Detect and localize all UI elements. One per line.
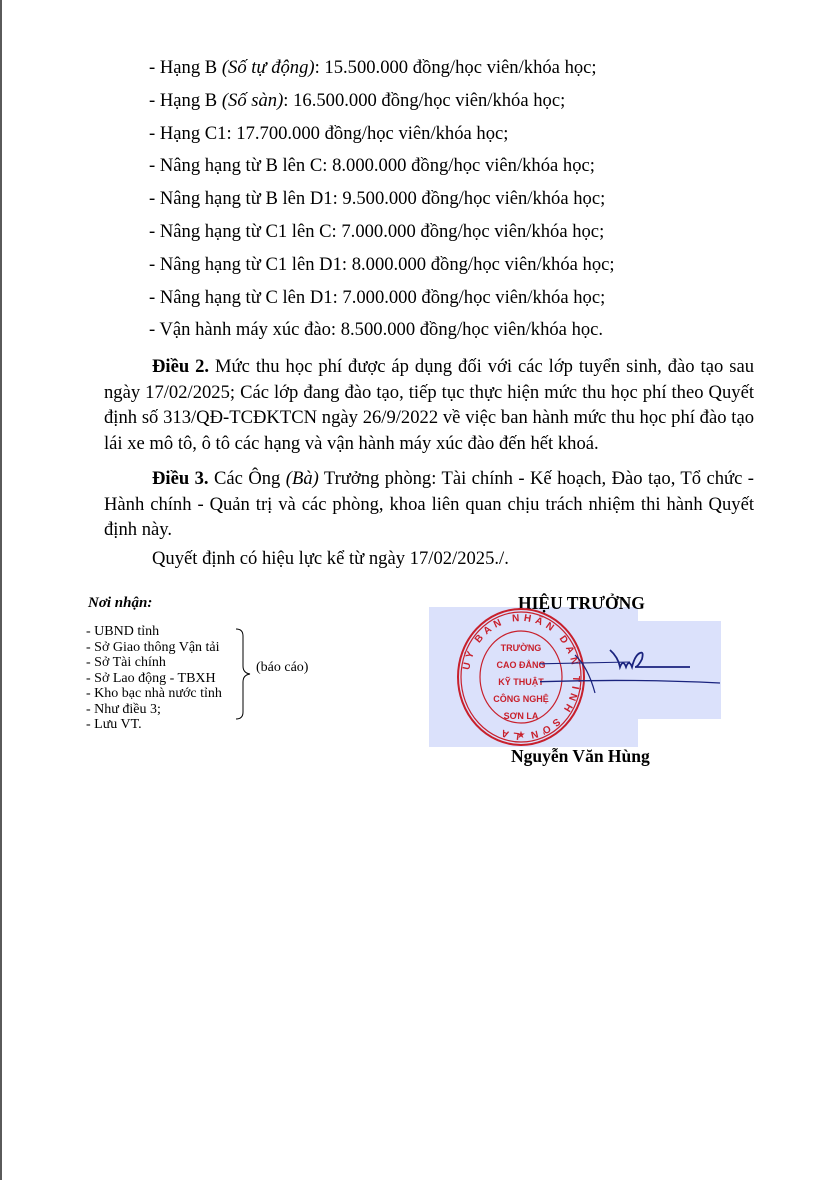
recipients-list: - UBND tỉnh- Sở Giao thông Vận tải- Sở T… [86,624,222,733]
article-3: Điều 3. Các Ông (Bà) Trưởng phòng: Tài c… [104,466,754,543]
fee-item: - Nâng hạng từ C lên D1: 7.000.000 đồng/… [149,287,605,309]
recipients-title: Nơi nhận: [88,595,152,612]
recipient-item: - Lưu VT. [86,717,222,733]
svg-text:★: ★ [517,730,526,741]
article-3-italic: (Bà) [286,468,319,489]
recipient-item: - Kho bạc nhà nước tỉnh [86,686,222,702]
report-note: (báo cáo) [256,660,308,676]
fee-item: - Hạng C1: 17.700.000 đồng/học viên/khóa… [149,123,508,145]
fee-item: - Hạng B (Số sàn): 16.500.000 đồng/học v… [149,90,565,112]
fee-item: - Vận hành máy xúc đào: 8.500.000 đồng/h… [149,319,603,341]
article-3-text-before: Các Ông [209,468,286,489]
fee-item: - Nâng hạng từ B lên D1: 9.500.000 đồng/… [149,188,605,210]
recipient-item: - Sở Tài chính [86,655,222,671]
svg-text:KỸ THUẬT: KỸ THUẬT [498,676,544,687]
svg-text:SƠN LA: SƠN LA [504,711,539,721]
svg-text:TRƯỜNG: TRƯỜNG [501,642,542,653]
signer-name: Nguyễn Văn Hùng [511,746,650,767]
recipient-item: - Như điều 3; [86,702,222,718]
right-brace-icon [234,628,254,720]
fee-item: - Hạng B (Số tự động): 15.500.000 đồng/h… [149,57,597,79]
recipient-item: - UBND tỉnh [86,624,222,640]
fee-item: - Nâng hạng từ B lên C: 8.000.000 đồng/h… [149,155,595,177]
effective-date-statement: Quyết định có hiệu lực kể từ ngày 17/02/… [104,546,754,572]
recipient-item: - Sở Giao thông Vận tải [86,640,222,656]
svg-text:CAO ĐẲNG: CAO ĐẲNG [497,659,546,670]
article-3-label: Điều 3. [152,468,209,489]
article-2: Điều 2. Mức thu học phí được áp dụng đối… [104,354,754,456]
recipient-item: - Sở Lao động - TBXH [86,671,222,687]
fee-item: - Nâng hạng từ C1 lên D1: 8.000.000 đồng… [149,254,615,276]
article-2-label: Điều 2. [152,356,209,377]
page-left-border [0,0,2,1180]
fee-item: - Nâng hạng từ C1 lên C: 7.000.000 đồng/… [149,221,604,243]
handwritten-signature [540,645,720,705]
